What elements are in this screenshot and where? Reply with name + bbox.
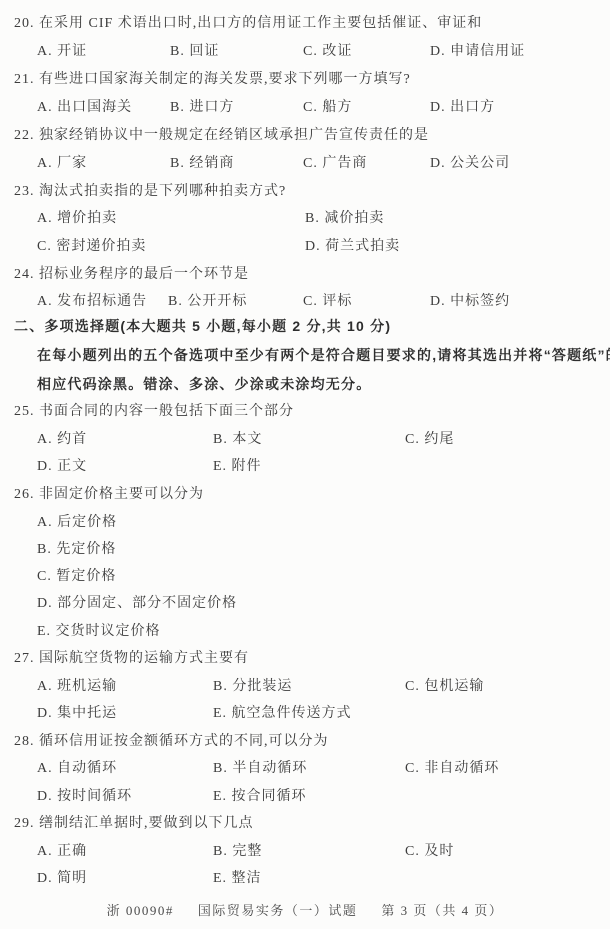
question-23-option-c: C. 密封递价拍卖 xyxy=(37,235,146,255)
question-26-stem: 26. 非固定价格主要可以分为 xyxy=(0,483,610,505)
question-22-option-d: D. 公关公司 xyxy=(430,152,510,172)
question-24-option-b: B. 公开开标 xyxy=(168,290,247,310)
question-28-stem: 28. 循环信用证按金额循环方式的不同,可以分为 xyxy=(0,730,610,752)
question-20-option-c: C. 改证 xyxy=(303,40,352,60)
question-25-options-row-2: D. 正文 E. 附件 xyxy=(0,455,610,477)
question-29-option-b: B. 完整 xyxy=(213,840,262,860)
question-25-stem: 25. 书面合同的内容一般包括下面三个部分 xyxy=(0,400,610,422)
question-24-option-a: A. 发布招标通告 xyxy=(37,290,147,310)
question-20-options-row: A. 开证 B. 回证 C. 改证 D. 申请信用证 xyxy=(0,40,610,62)
question-22-options-row: A. 厂家 B. 经销商 C. 广告商 D. 公关公司 xyxy=(0,152,610,174)
question-22-stem: 22. 独家经销协议中一般规定在经销区域承担广告宣传责任的是 xyxy=(0,124,610,146)
question-21-stem: 21. 有些进口国家海关制定的海关发票,要求下列哪一方填写? xyxy=(0,68,610,90)
question-20-stem: 20. 在采用 CIF 术语出口时,出口方的信用证工作主要包括催证、审证和 xyxy=(0,12,610,34)
question-29-option-e: E. 整洁 xyxy=(213,867,262,887)
question-26-option-row-b: B. 先定价格 xyxy=(0,538,610,560)
question-27-option-d: D. 集中托运 xyxy=(37,702,117,722)
question-23-option-d: D. 荷兰式拍卖 xyxy=(305,235,400,255)
question-29-option-c: C. 及时 xyxy=(405,840,454,860)
question-27-option-c: C. 包机运输 xyxy=(405,675,484,695)
question-28-option-d: D. 按时间循环 xyxy=(37,785,132,805)
question-29-stem: 29. 缮制结汇单据时,要做到以下几点 xyxy=(0,812,610,834)
section-2-instructions-line-2: 相应代码涂黑。错涂、多涂、少涂或未涂均无分。 xyxy=(0,374,610,396)
section-2-instructions-line-1: 在每小题列出的五个备选项中至少有两个是符合题目要求的,请将其选出并将“答题纸”的 xyxy=(0,345,610,367)
question-28-option-b: B. 半自动循环 xyxy=(213,757,307,777)
footer-paper-code: 浙 00090# xyxy=(107,903,174,918)
question-23-options-row-1: A. 增价拍卖 B. 减价拍卖 xyxy=(0,207,610,229)
question-28-options-row-2: D. 按时间循环 E. 按合同循环 xyxy=(0,785,610,807)
question-28-option-a: A. 自动循环 xyxy=(37,757,117,777)
question-27-options-row-1: A. 班机运输 B. 分批装运 C. 包机运输 xyxy=(0,675,610,697)
exam-page: 20. 在采用 CIF 术语出口时,出口方的信用证工作主要包括催证、审证和 A.… xyxy=(0,0,610,929)
question-27-option-e: E. 航空急件传送方式 xyxy=(213,702,352,722)
question-26-option-row-a: A. 后定价格 xyxy=(0,511,610,533)
question-22-option-c: C. 广告商 xyxy=(303,152,367,172)
question-25-option-c: C. 约尾 xyxy=(405,428,454,448)
question-21-option-d: D. 出口方 xyxy=(430,96,495,116)
question-23-stem: 23. 淘汰式拍卖指的是下列哪种拍卖方式? xyxy=(0,180,610,202)
question-26-option-row-d: D. 部分固定、部分不固定价格 xyxy=(0,592,610,614)
question-25-option-a: A. 约首 xyxy=(37,428,87,448)
question-27-options-row-2: D. 集中托运 E. 航空急件传送方式 xyxy=(0,702,610,724)
question-21-option-a: A. 出口国海关 xyxy=(37,96,132,116)
question-23-option-b: B. 减价拍卖 xyxy=(305,207,384,227)
question-28-option-c: C. 非自动循环 xyxy=(405,757,499,777)
question-29-option-d: D. 简明 xyxy=(37,867,87,887)
question-26-option-a: A. 后定价格 xyxy=(37,511,117,531)
question-29-options-row-1: A. 正确 B. 完整 C. 及时 xyxy=(0,840,610,862)
question-26-option-row-c: C. 暂定价格 xyxy=(0,565,610,587)
question-25-options-row-1: A. 约首 B. 本文 C. 约尾 xyxy=(0,428,610,450)
question-27-option-a: A. 班机运输 xyxy=(37,675,117,695)
question-20-option-d: D. 申请信用证 xyxy=(430,40,525,60)
question-24-option-c: C. 评标 xyxy=(303,290,352,310)
question-20-option-b: B. 回证 xyxy=(170,40,219,60)
question-29-option-a: A. 正确 xyxy=(37,840,87,860)
question-22-option-a: A. 厂家 xyxy=(37,152,87,172)
question-26-option-d: D. 部分固定、部分不固定价格 xyxy=(37,592,237,612)
question-24-option-d: D. 中标签约 xyxy=(430,290,510,310)
question-25-option-d: D. 正文 xyxy=(37,455,87,475)
section-2-title: 二、多项选择题(本大题共 5 小题,每小题 2 分,共 10 分) xyxy=(0,316,610,338)
question-27-stem: 27. 国际航空货物的运输方式主要有 xyxy=(0,647,610,669)
question-26-option-c: C. 暂定价格 xyxy=(37,565,116,585)
question-25-option-e: E. 附件 xyxy=(213,455,262,475)
question-28-options-row-1: A. 自动循环 B. 半自动循环 C. 非自动循环 xyxy=(0,757,610,779)
footer-paper-title: 国际贸易实务（一）试题 xyxy=(198,903,358,918)
question-24-stem: 24. 招标业务程序的最后一个环节是 xyxy=(0,263,610,285)
question-28-option-e: E. 按合同循环 xyxy=(213,785,307,805)
question-21-option-b: B. 进口方 xyxy=(170,96,234,116)
footer-page-number: 第 3 页（共 4 页） xyxy=(381,903,503,918)
question-21-options-row: A. 出口国海关 B. 进口方 C. 船方 D. 出口方 xyxy=(0,96,610,118)
question-27-option-b: B. 分批装运 xyxy=(213,675,292,695)
question-20-option-a: A. 开证 xyxy=(37,40,87,60)
question-26-option-e: E. 交货时议定价格 xyxy=(37,620,161,640)
question-23-option-a: A. 增价拍卖 xyxy=(37,207,117,227)
question-26-option-row-e: E. 交货时议定价格 xyxy=(0,620,610,642)
question-26-option-b: B. 先定价格 xyxy=(37,538,116,558)
question-29-options-row-2: D. 简明 E. 整洁 xyxy=(0,867,610,889)
question-24-options-row: A. 发布招标通告 B. 公开开标 C. 评标 D. 中标签约 xyxy=(0,290,610,312)
question-23-options-row-2: C. 密封递价拍卖 D. 荷兰式拍卖 xyxy=(0,235,610,257)
question-22-option-b: B. 经销商 xyxy=(170,152,234,172)
page-footer: 浙 00090#国际贸易实务（一）试题第 3 页（共 4 页） xyxy=(0,900,610,919)
question-25-option-b: B. 本文 xyxy=(213,428,262,448)
question-21-option-c: C. 船方 xyxy=(303,96,352,116)
